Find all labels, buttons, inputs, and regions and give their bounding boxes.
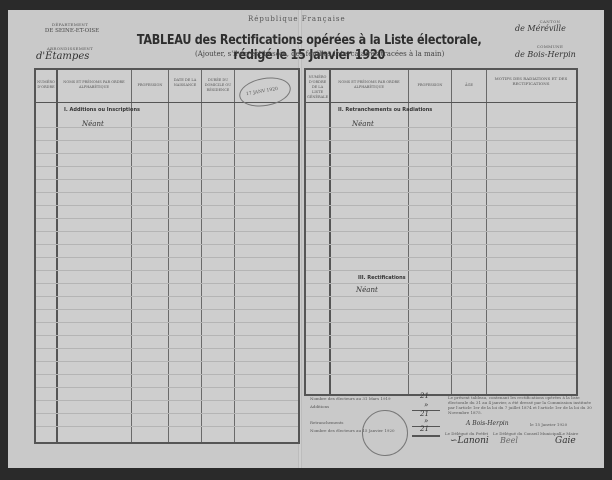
department-name: de Seine-et-Oise: [32, 28, 112, 34]
arrondissement-name: d'Étampes: [36, 51, 96, 62]
col-motifs: Motifs des radiations et des rectificati…: [488, 76, 574, 86]
signature-maire: Gaie: [555, 436, 576, 446]
total-label-radiations: Retranchements: [310, 420, 343, 425]
radiations-table: Numéro d'ordre de la liste générale Noms…: [304, 68, 578, 396]
col-profession: Profession: [132, 83, 168, 88]
section-rectifications: III. Rectifications: [358, 275, 406, 281]
certification-text: Le présent tableau, contenant les rectif…: [448, 395, 598, 415]
commune-name: de Bois-Herpin: [515, 50, 595, 59]
department-label: Département: [40, 22, 100, 27]
total-label-additions: Additions: [310, 404, 329, 409]
total-label-initial: Nombre des électeurs au 31 Mars 1919: [310, 396, 391, 401]
col-date-naissance: Date de la naissance: [169, 78, 201, 88]
additions-table: Numéro d'ordre Noms et prénoms par ordre…: [34, 68, 300, 444]
col-age: Âge: [452, 83, 486, 88]
col-noms: Noms et prénoms par ordre alphabétique: [58, 80, 130, 90]
certification-place: A Bois-Herpin: [466, 420, 509, 427]
section-radiations: II. Retranchements ou Radiations: [338, 107, 432, 113]
col-numero: Numéro d'ordre: [36, 80, 56, 90]
final-double-rule: [412, 435, 440, 437]
republic-heading: République Française: [248, 15, 346, 23]
signature-conseil: Beel: [500, 436, 518, 445]
commune-label: Commune: [530, 44, 570, 49]
total-value-additions: »: [424, 401, 428, 409]
total-value-final: 21: [420, 425, 429, 433]
section-additions: I. Additions ou Inscriptions: [64, 107, 140, 113]
rectifications-entry: Néant: [356, 286, 378, 294]
document-subtitle: (Ajouter, s'il en est besoin, des feuill…: [195, 50, 444, 58]
canton-name: de Méréville: [515, 24, 595, 33]
commission-seal: [362, 410, 408, 456]
col-numero-liste: Numéro d'ordre de la liste générale: [306, 75, 329, 100]
signature-prefet: ∽Lanoni: [450, 436, 489, 446]
certification-date: le 15 Janvier 1920: [530, 422, 567, 427]
additions-entry: Néant: [82, 120, 104, 128]
radiations-entry: Néant: [352, 120, 374, 128]
total-value-radiations: »: [424, 417, 428, 425]
document-title: TABLEAU des Rectifications opérées à la …: [120, 33, 498, 63]
col-profession: Profession: [409, 83, 451, 88]
total-value-initial: 21: [420, 392, 429, 400]
col-duree-domicile: Durée du domicile ou résidence: [202, 78, 234, 93]
col-noms: Noms et prénoms par ordre alphabétique: [331, 80, 407, 90]
